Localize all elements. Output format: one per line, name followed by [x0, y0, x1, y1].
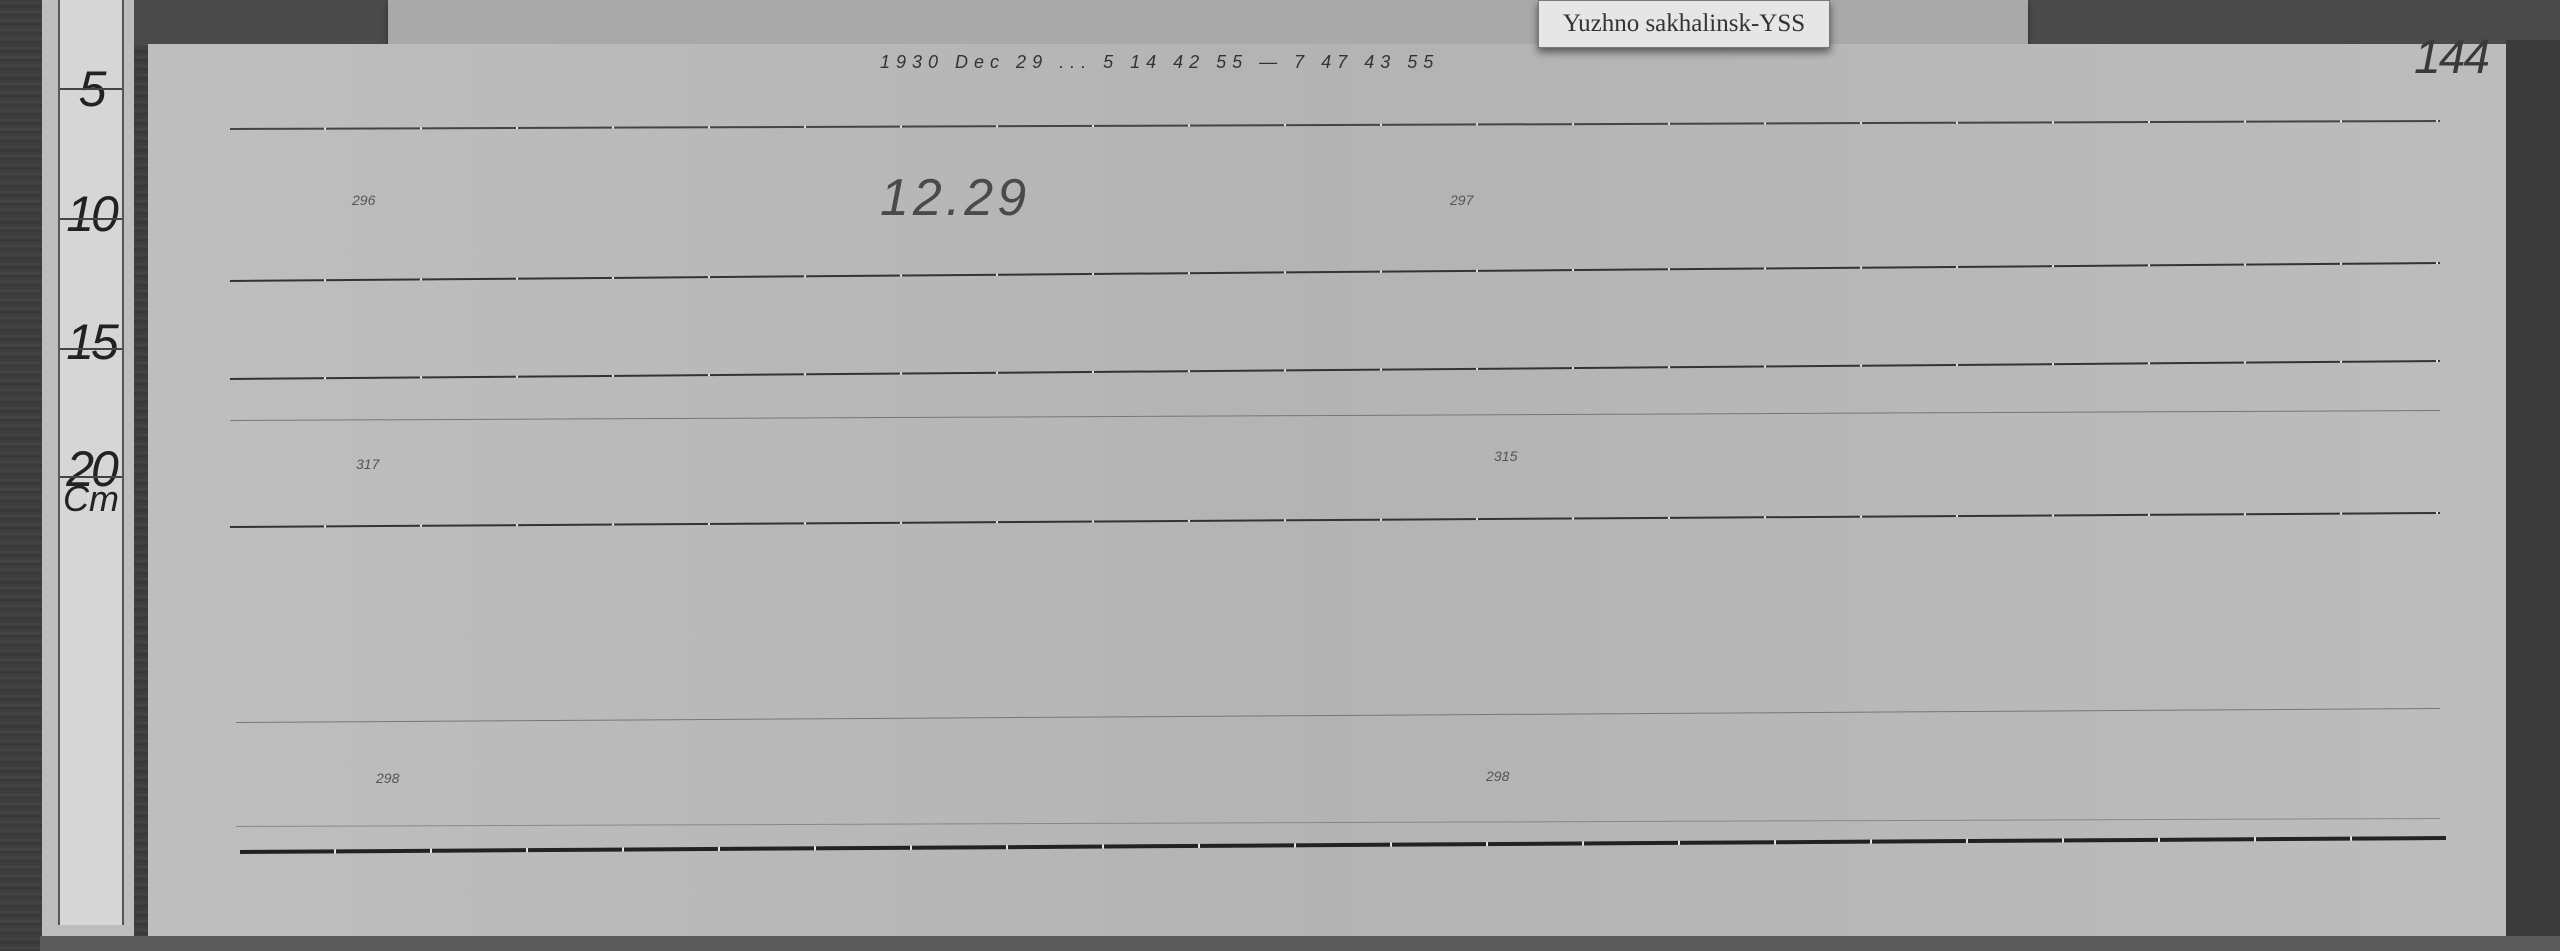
trace-note: 317 — [356, 456, 379, 472]
station-label: Yuzhno sakhalinsk-YSS — [1538, 0, 1830, 48]
ruler-tick — [60, 88, 122, 90]
date-annotation: 12.29 — [880, 168, 1030, 228]
trace-note: 298 — [376, 770, 399, 786]
ruler-mark-10: 10 — [60, 185, 122, 243]
trace-note: 297 — [1450, 192, 1473, 208]
header-time-notes: 1930 Dec 29 ... 5 14 42 55 — 7 47 43 55 — [880, 52, 1439, 73]
ruler-mark-15: 15 — [60, 313, 122, 371]
right-backing — [2506, 40, 2560, 951]
ruler-tick — [60, 348, 122, 350]
trace-note: 315 — [1494, 448, 1517, 464]
ruler-unit: Cm — [60, 478, 122, 520]
bottom-backing — [40, 936, 2560, 951]
trace-note: 296 — [352, 192, 375, 208]
scale-ruler: 5 10 15 20 Cm — [58, 0, 124, 925]
seismogram-paper — [148, 44, 2506, 939]
page-number: 144 — [2414, 30, 2488, 85]
trace-note: 298 — [1486, 768, 1509, 784]
ruler-tick — [60, 218, 122, 220]
